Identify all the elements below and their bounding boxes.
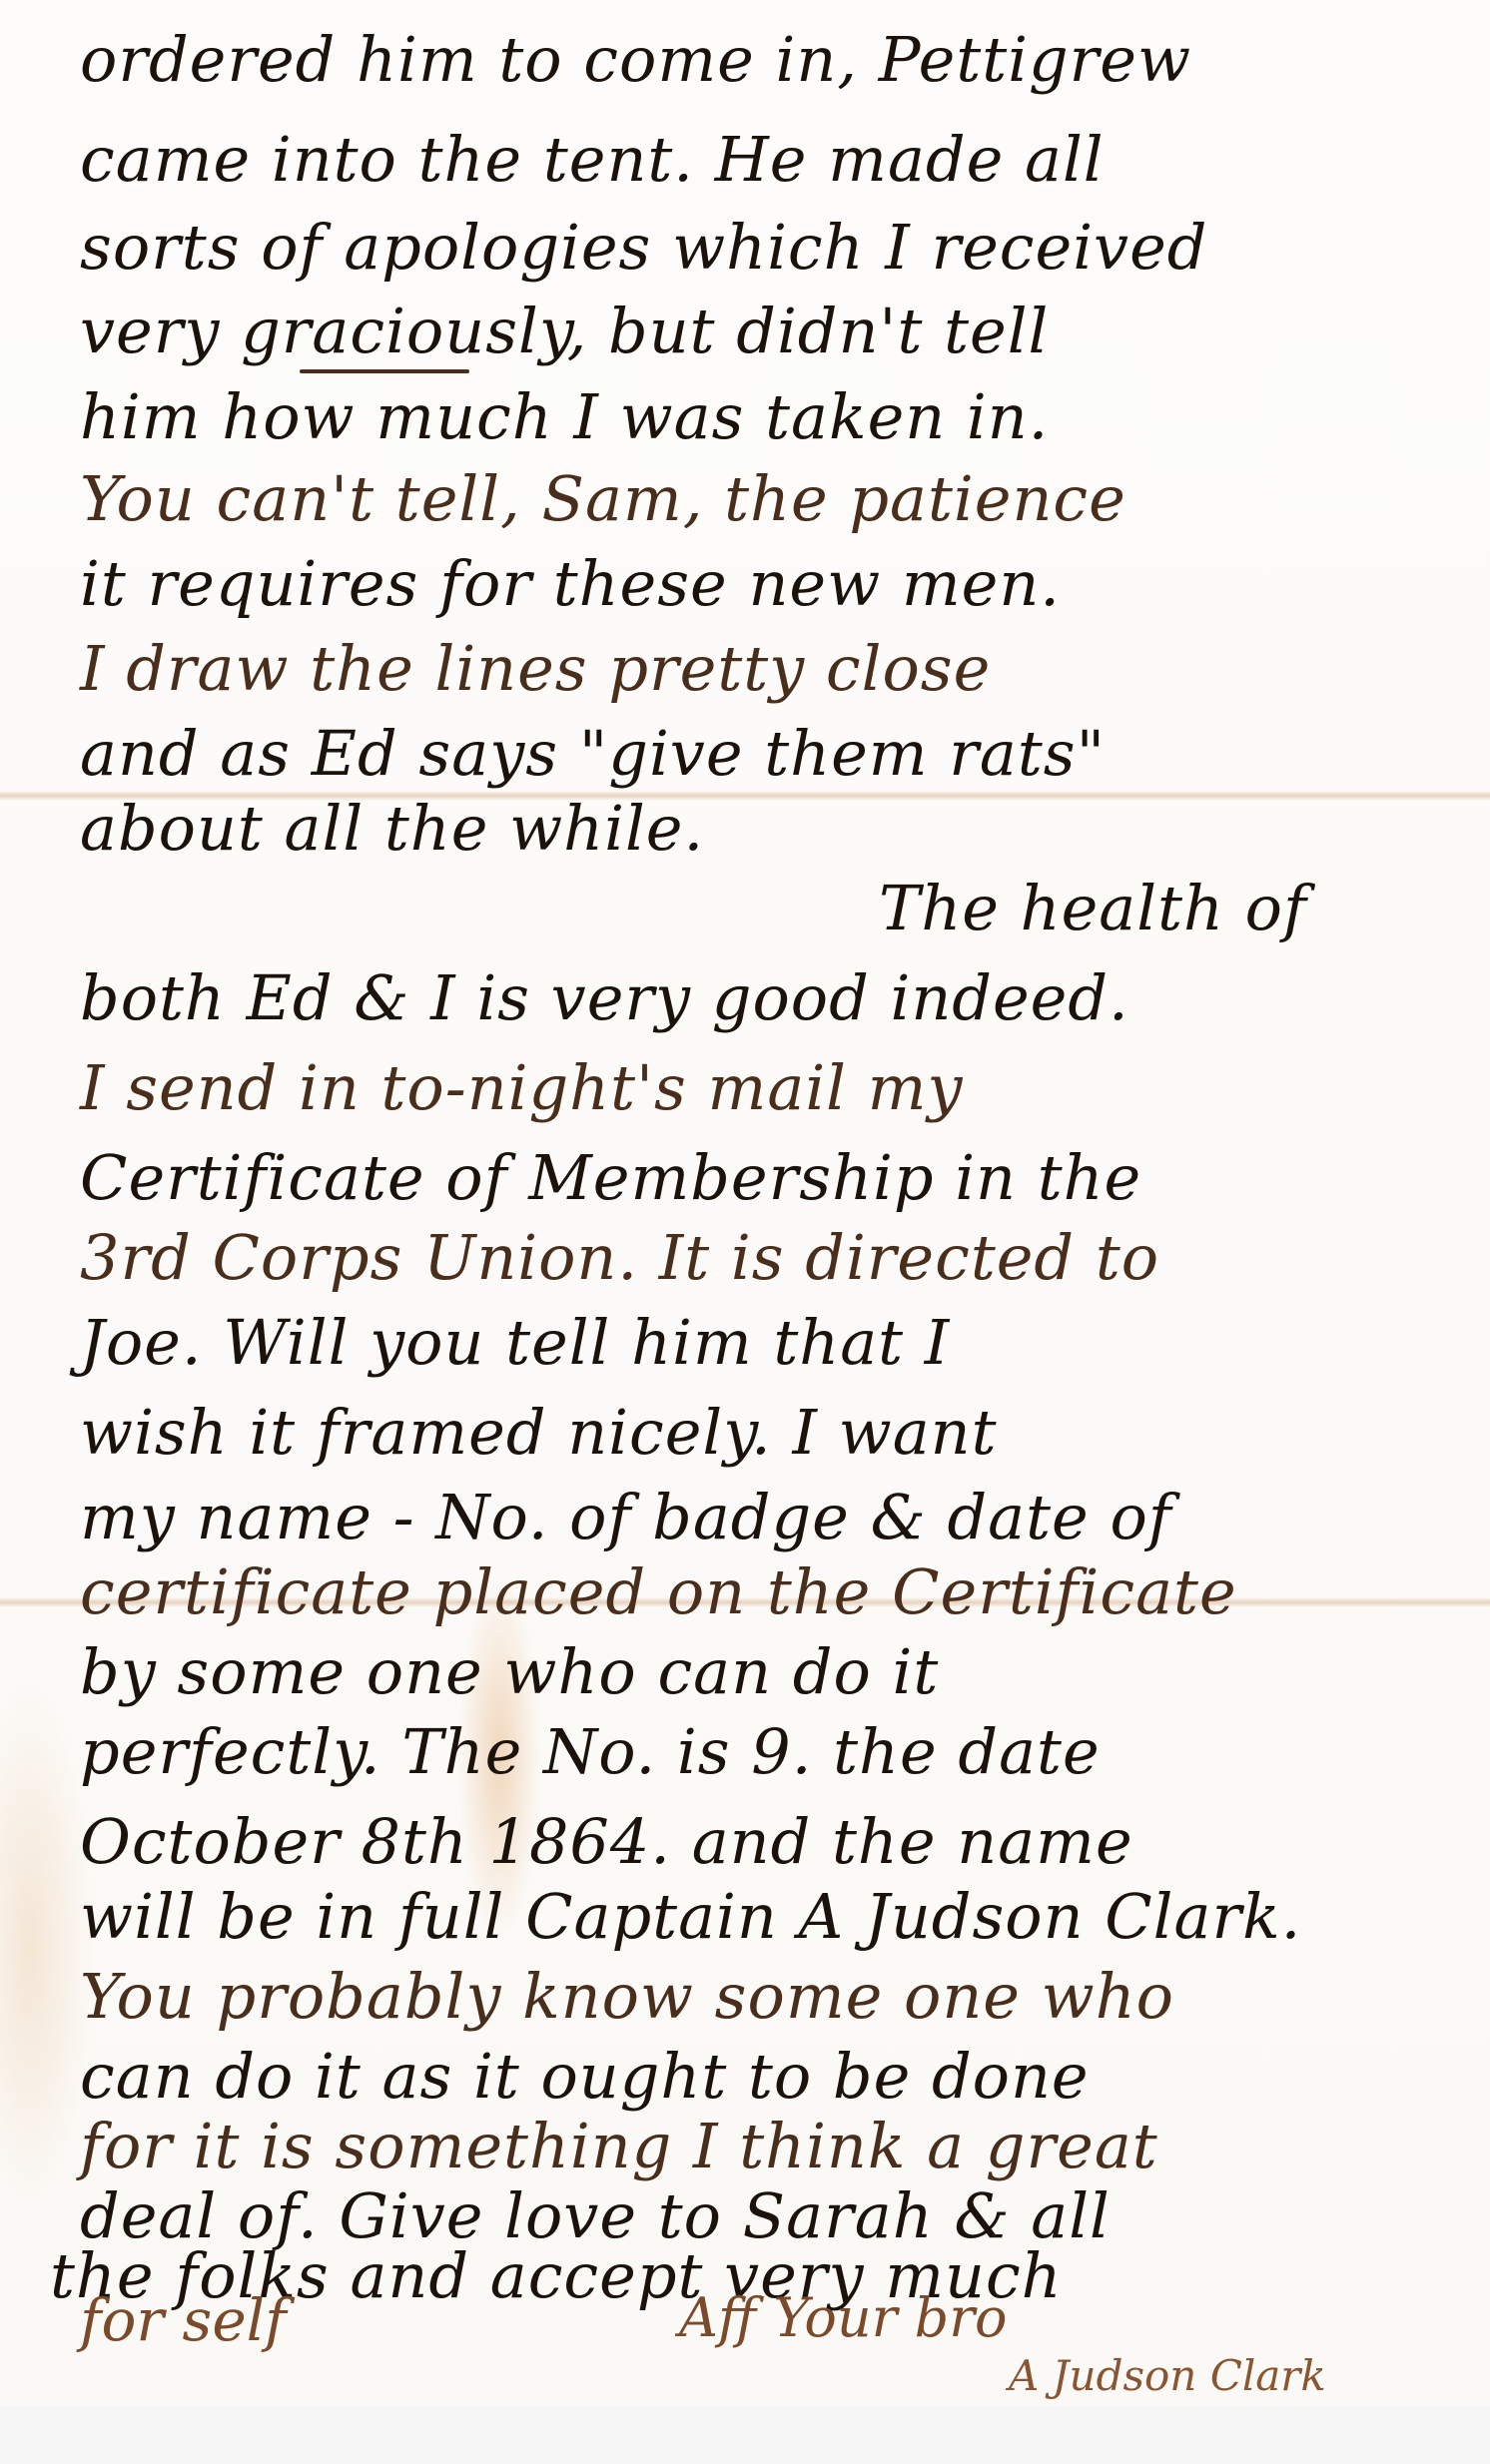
signature: A Judson Clark — [1009, 2351, 1326, 2400]
letter-line: and as Ed says "give them rats" — [80, 714, 1438, 794]
letter-line: both Ed & I is very good indeed. — [80, 958, 1438, 1038]
letter-line: I send in to-night's mail my — [80, 1048, 1438, 1128]
letter-line: will be in full Captain A Judson Clark. — [80, 1877, 1438, 1957]
letter-line: by some one who can do it — [80, 1632, 1438, 1712]
letter-line: certificate placed on the Certificate — [80, 1552, 1438, 1632]
letter-line: You can't tell, Sam, the patience — [80, 459, 1438, 539]
letter-line: perfectly. The No. is 9. the date — [80, 1712, 1438, 1792]
letter-line: about all the while. — [80, 789, 1438, 869]
letter-line: him how much I was taken in. — [80, 377, 1438, 457]
underline-mark — [300, 369, 469, 373]
letter-final-line: for self — [80, 2286, 287, 2354]
letter-line: October 8th 1864. and the name — [80, 1802, 1438, 1882]
letter-line: came into the tent. He made all — [80, 120, 1438, 200]
letter-line: The health of — [879, 869, 1490, 948]
letter-line: 3rd Corps Union. It is directed to — [80, 1218, 1438, 1298]
letter-line: sorts of apologies which I received — [80, 208, 1438, 288]
letter-line: You probably know some one who — [80, 1957, 1438, 2037]
letter-line: ordered him to come in, Pettigrew — [80, 20, 1438, 100]
letter-line: for it is something I think a great — [80, 2107, 1438, 2186]
letter-line: I draw the lines pretty close — [80, 629, 1438, 709]
letter-line: wish it framed nicely. I want — [80, 1393, 1438, 1473]
letter-line: Joe. Will you tell him that I — [80, 1303, 1438, 1383]
letter-line: Certificate of Membership in the — [80, 1138, 1438, 1218]
letter-line: very graciously, but didn't tell — [80, 292, 1438, 371]
letter-line: it requires for these new men. — [80, 544, 1438, 624]
letter-line: my name - No. of badge & date of — [80, 1478, 1438, 1557]
letter-closing: Aff Your bro — [679, 2286, 1008, 2349]
letter-page: ordered him to come in, Pettigrew came i… — [0, 0, 1490, 2406]
letter-line: can do it as it ought to be done — [80, 2037, 1438, 2117]
